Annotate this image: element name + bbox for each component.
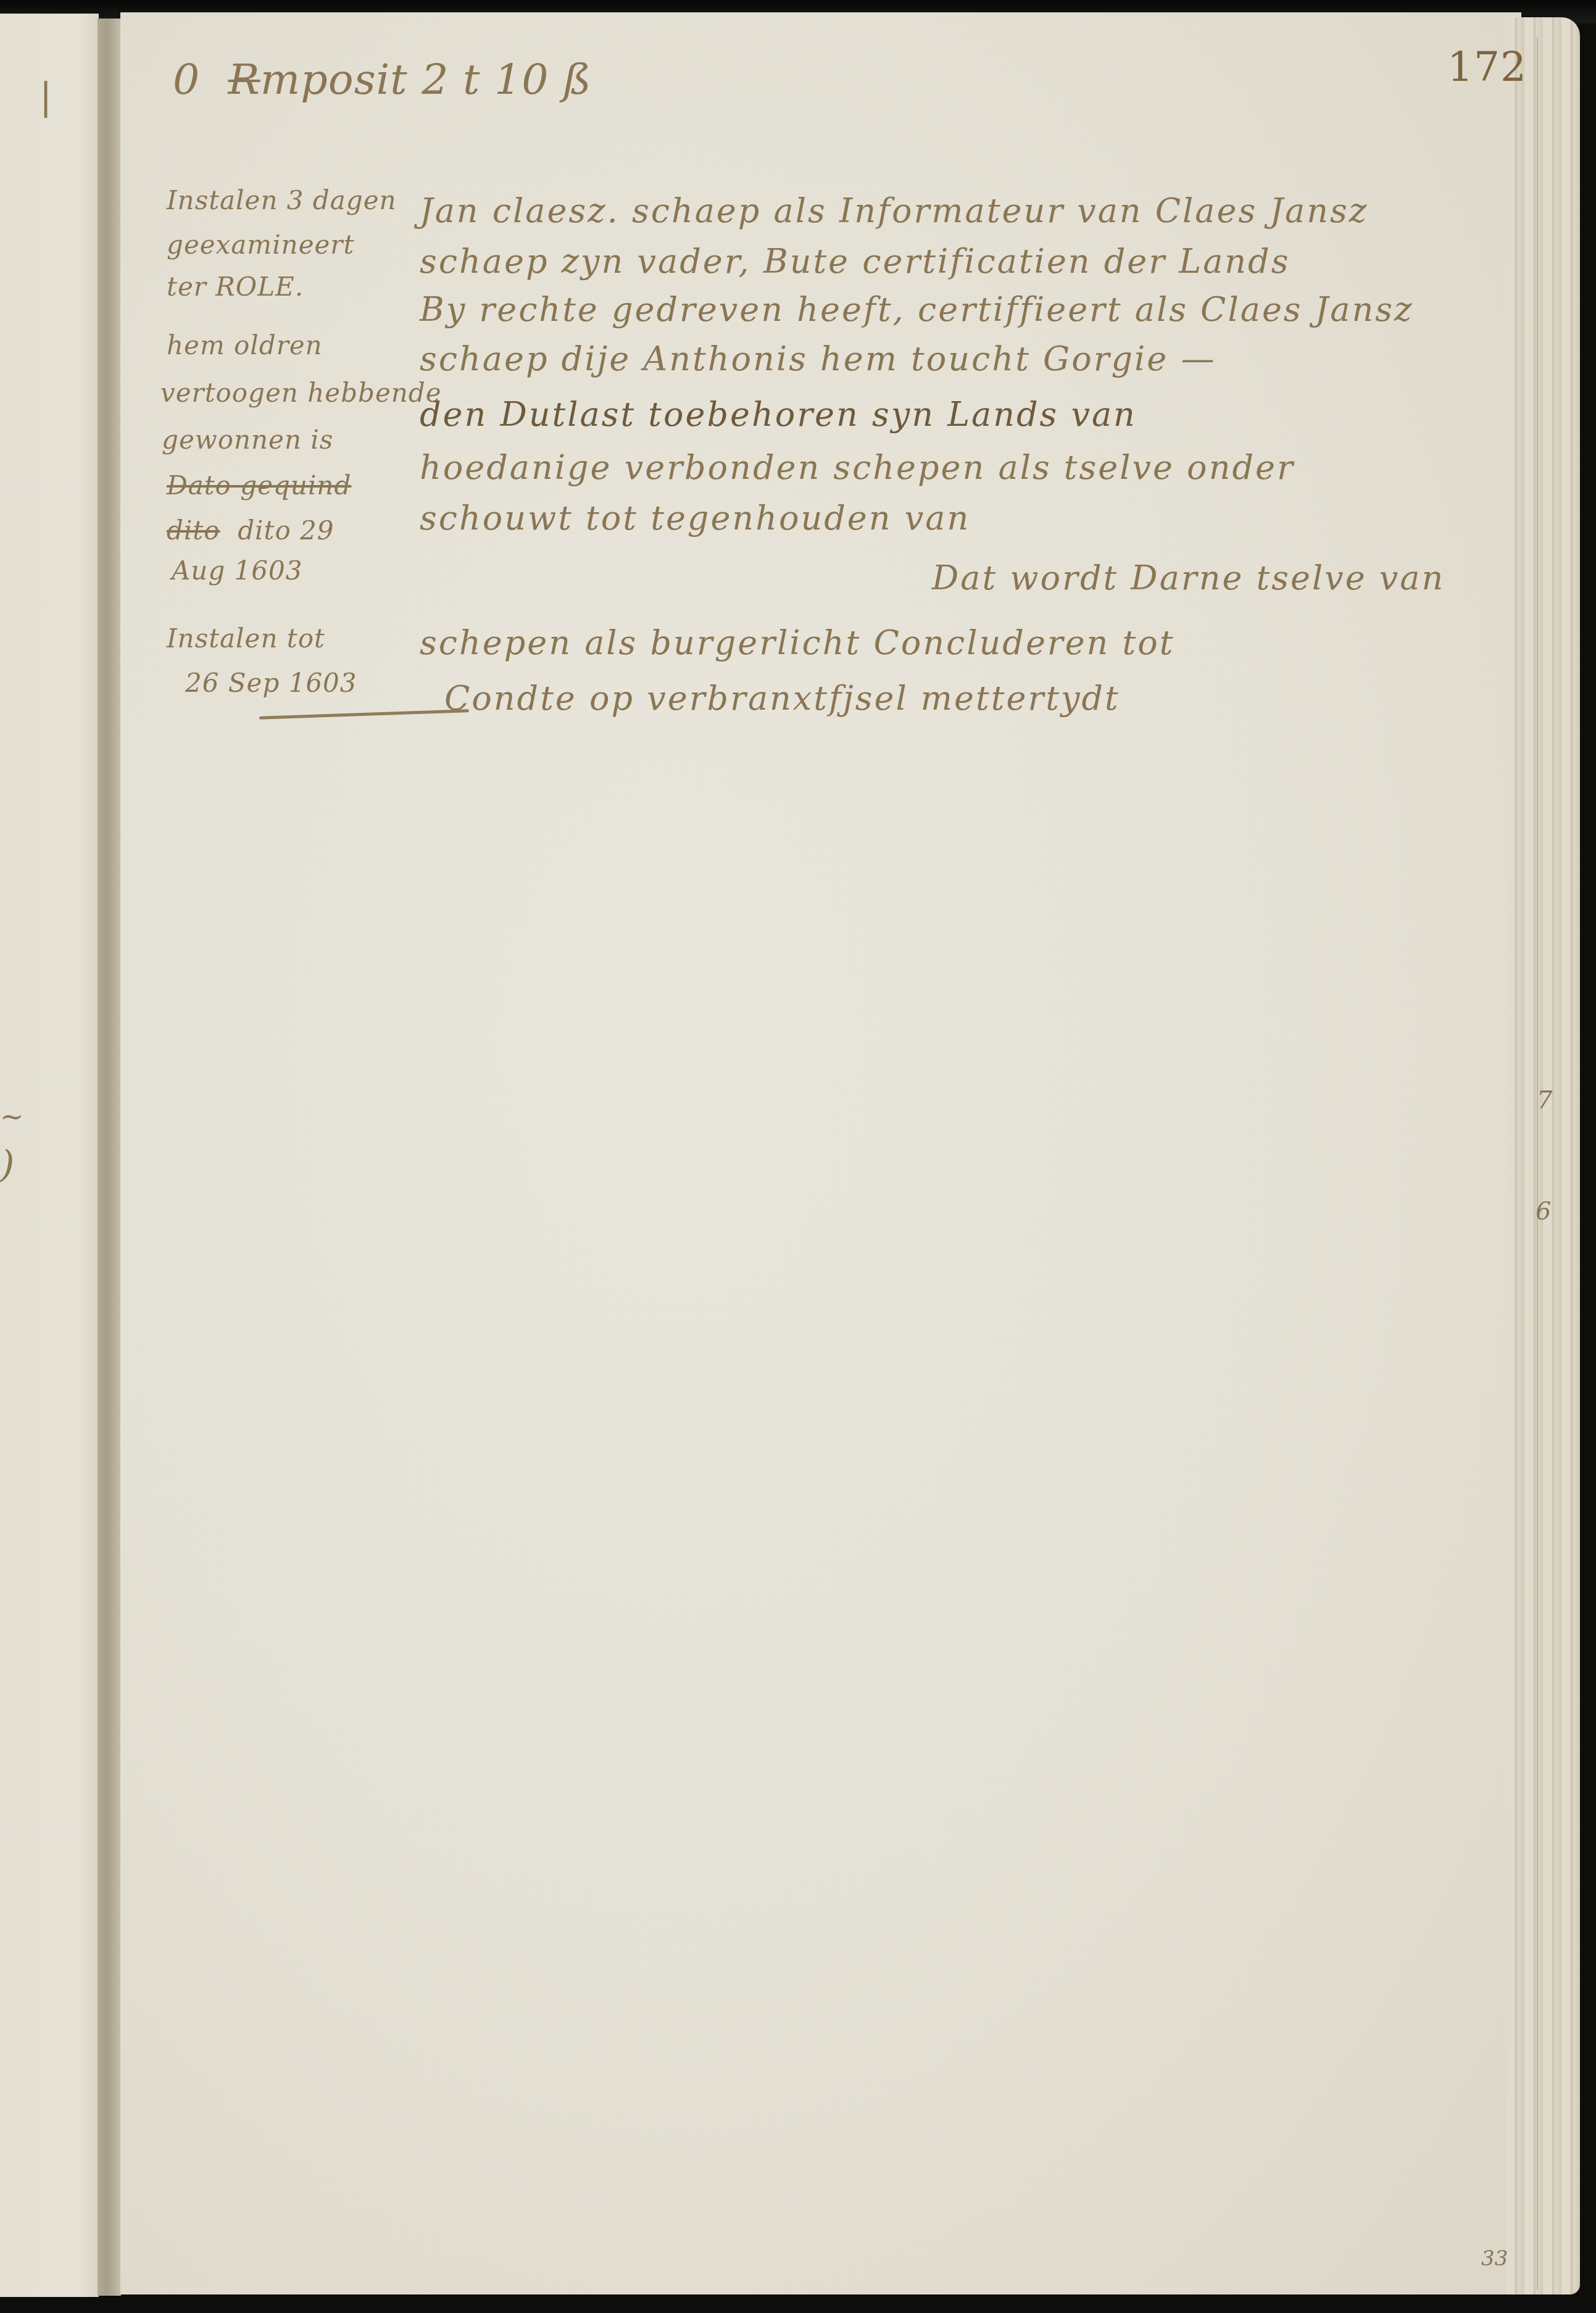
body-line: Condte op verbranxtfjsel mettertydt bbox=[444, 679, 1120, 718]
margin-line: 26 Sep 1603 bbox=[185, 668, 357, 698]
margin-line-struck: Dato gequind bbox=[167, 470, 351, 500]
body-line: schaep dije Anthonis hem toucht Gorgie — bbox=[420, 339, 1216, 378]
body-line: schepen als burgerlicht Concluderen tot bbox=[420, 623, 1174, 662]
margin-line: hem oldren bbox=[167, 330, 323, 360]
body-line: By rechte gedreven heeft, certiffieert a… bbox=[420, 290, 1414, 329]
page-stack-mark: 7 bbox=[1537, 1086, 1552, 1115]
margin-line: Aug 1603 bbox=[172, 555, 303, 586]
margin-line: vertoogen hebbende bbox=[160, 378, 442, 408]
margin-line: gewonnen is bbox=[162, 425, 333, 455]
body-line: schouwt tot tegenhouden van bbox=[420, 499, 970, 538]
page-edge-line bbox=[1537, 37, 1538, 2290]
margin-line: ter ROLE. bbox=[167, 272, 304, 302]
verso-ink-fragment: ~ bbox=[0, 1100, 25, 1133]
verso-page-edge: | ~ ) bbox=[0, 14, 99, 2297]
verso-mark: | bbox=[39, 75, 52, 118]
manuscript-scan: | ~ ) 0 Rmposit 2 t 10 ß 172 Instalen 3 … bbox=[0, 0, 1596, 2313]
body-line: Jan claesz. schaep als Informateur van C… bbox=[420, 191, 1368, 230]
margin-line: Instalen 3 dagen bbox=[167, 185, 397, 215]
heading-text: mposit 2 t 10 ß bbox=[260, 56, 592, 104]
body-line: hoedanige verbonden schepen als tselve o… bbox=[420, 448, 1295, 487]
body-line: Dat wordt Darne tselve van bbox=[932, 559, 1445, 597]
margin-line: geexamineert bbox=[167, 230, 354, 260]
folio-number: 172 bbox=[1447, 43, 1527, 91]
margin-line: Instalen tot bbox=[167, 623, 325, 654]
margin-line: dito 29 bbox=[238, 515, 334, 546]
heading-prefix: 0 bbox=[173, 56, 200, 104]
margin-line-struck: dito bbox=[167, 515, 220, 546]
page-stack-mark: 6 bbox=[1536, 1197, 1551, 1226]
body-line: schaep zyn vader, Bute certificatien der… bbox=[420, 242, 1290, 281]
corner-mark: 33 bbox=[1481, 2246, 1508, 2271]
body-line: den Dutlast toebehoren syn Lands van bbox=[420, 395, 1137, 434]
page-heading: 0 Rmposit 2 t 10 ß bbox=[173, 56, 592, 104]
book-gutter bbox=[98, 19, 121, 2296]
heading-struck-letter: R bbox=[228, 56, 260, 104]
verso-ink-fragment: ) bbox=[0, 1143, 15, 1186]
page-stack-edge bbox=[1506, 17, 1580, 2294]
